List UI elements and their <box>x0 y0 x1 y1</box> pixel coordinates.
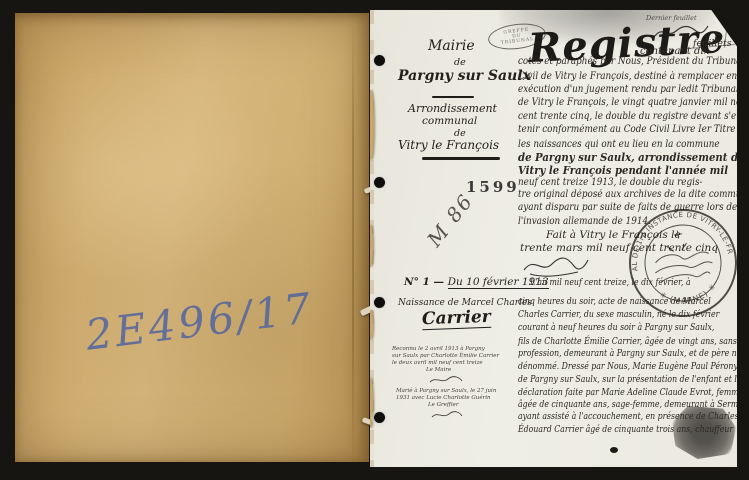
cover-reference-number: 2E496/17 <box>83 283 316 360</box>
margin-note-line: Le Maire <box>392 367 499 374</box>
act-body-line: Édouard Carrier âgé de cinquante trois a… <box>518 424 733 435</box>
act-title-surname: Carrier <box>422 307 491 330</box>
margin-vitry: Vitry le François <box>398 138 499 152</box>
margin-arrondissement: Arrondissement <box>408 102 497 115</box>
signature-flourish <box>428 374 464 386</box>
margin-note-line: Marié à Pargny sur Saulx, le 27 juin <box>396 388 496 395</box>
act-body-line: dénommé. Dressé par Nous, Marie Eugène P… <box>518 361 737 372</box>
margin-rule-thick <box>422 157 500 160</box>
intro-line: exécution d'un jugement rendu par ledit … <box>518 84 737 95</box>
binding-hole <box>374 412 385 423</box>
intro-line: tenir conformément au Code Civil Livre I… <box>518 124 737 135</box>
margin-note-line: le deux avril mil neuf cent treize <box>392 360 499 367</box>
act-body-line: Charles Carrier, du sexe masculin, né le… <box>518 309 719 320</box>
margin-note-line: Reconnu le 2 avril 1913 à Pargny <box>392 346 499 353</box>
margin-note-line: 1931 avec Lucie Charlotte Guérin <box>396 395 496 402</box>
intro-line: de Vitry le François, le vingt quatre ja… <box>518 97 737 108</box>
margin-mairie: Mairie <box>428 38 475 54</box>
cover-crease <box>352 13 354 462</box>
binding-hole <box>374 55 385 66</box>
margin-rule <box>432 96 474 98</box>
register-title-page: Dernier feuillet GREFFE DU TRIBUNAL Mair… <box>370 10 737 467</box>
intro-line: Civil de Vitry le François, destiné à re… <box>518 71 737 82</box>
act-number: N° 1 — <box>404 276 448 288</box>
margin-note-recognition: Reconnu le 2 avril 1913 à Pargny sur Sau… <box>392 346 499 374</box>
intro-line: tre original déposé aux archives de la d… <box>518 189 737 200</box>
act-title-naissance: Naissance de Marcel Charles <box>398 298 532 308</box>
margin-note-line: Le Greffier <box>396 402 496 409</box>
registre-title-feuillets: feuillets <box>693 38 732 49</box>
act-body-line: déclaration faite par Marie Adeline Clau… <box>518 387 737 398</box>
side-mark: M 86 <box>422 189 478 251</box>
register-cover: 2E496/17 <box>15 13 369 462</box>
margin-de: de <box>454 57 466 68</box>
intro-line: cotés et paraphés par Nous, Président du… <box>518 56 737 67</box>
act-body-line: cinq heures du soir, acte de naissance d… <box>518 296 711 307</box>
intro-line: de Pargny sur Saulx, arrondissement de <box>518 150 737 164</box>
act-body-line: profession, demeurant à Pargny sur Saulx… <box>518 348 737 359</box>
folio-number: 1599 <box>466 178 520 196</box>
act-body-line: ayant assisté à l'accouchement, en prése… <box>518 411 737 422</box>
intro-line: cent trente cinq, le double du registre … <box>518 111 737 122</box>
intro-line: neuf cent treize 1913, le double du regi… <box>518 177 702 188</box>
margin-communal: communal <box>422 115 477 127</box>
binding-hole <box>374 177 385 188</box>
archival-scan-background: 2E496/17 Dernier feuillet GREFFE <box>0 0 749 480</box>
ink-speck <box>610 447 618 453</box>
act-body-line: L'an mil neuf cent treize, le dix févrie… <box>530 277 691 288</box>
act-body-line: fils de Charlotte Émilie Carrier, âgée d… <box>518 336 737 347</box>
act-body-line: courant à neuf heures du soir à Pargny s… <box>518 322 714 333</box>
signature-flourish <box>430 409 464 421</box>
act-number-line: N° 1 — Du 10 février 1913 <box>404 276 549 288</box>
intro-line: les naissances qui ont eu lieu en la com… <box>518 139 720 150</box>
act-body-line: âgée de cinquante ans, sage-femme, demeu… <box>518 399 737 410</box>
margin-note-marriage: Marié à Pargny sur Saulx, le 27 juin 193… <box>396 388 496 409</box>
signature-flourish <box>520 254 590 278</box>
intro-line: Vitry le François pendant l'année mil <box>518 163 728 177</box>
margin-commune: Pargny sur Saulx <box>398 68 531 84</box>
act-body-line: de Pargny sur Saulx, sur la présentation… <box>518 374 737 385</box>
margin-note-line: sur Saulx par Charlotte Émilie Carrier <box>392 353 499 360</box>
binding-hole <box>374 297 385 308</box>
